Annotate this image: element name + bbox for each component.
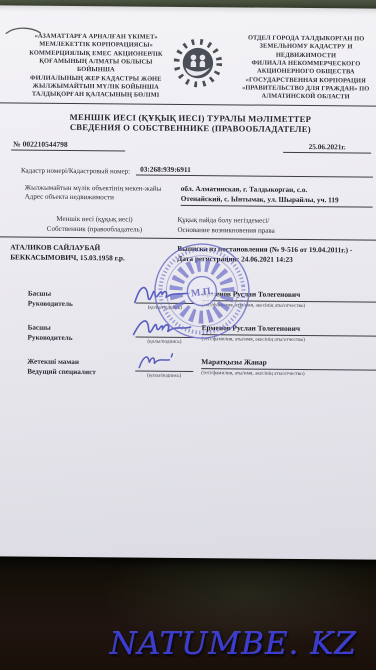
address-label: Жылжымайтын мүлік объектінің мекен-жайы … xyxy=(25,184,181,207)
role-label: Басшы Руководитель xyxy=(0,321,136,345)
cadastre-label: Кадастр номері/Кадастровый номер: xyxy=(21,167,130,176)
header-divider xyxy=(0,102,376,106)
document-date: 25.06.2021г. xyxy=(283,142,371,154)
cadastre-number: 03:268:939:6911 xyxy=(136,165,373,178)
letterhead: «АЗАМАТТАРҒА АРНАЛҒАН ҮКІМЕТ» МЕМЛЕКЕТТІ… xyxy=(0,5,376,102)
pen-mark xyxy=(4,23,44,37)
owner-columns-header: Меншік иесі (құқық иесі) Собственник (пр… xyxy=(0,215,376,241)
signature-field: (қолы/подпись) xyxy=(135,356,193,380)
letterhead-left-kazakh: «АЗАМАТТАРҒА АРНАЛҒАН ҮКІМЕТ» МЕМЛЕКЕТТІ… xyxy=(26,33,167,101)
owner-column-label: Меншік иесі (құқық иесі) Собственник (пр… xyxy=(0,215,175,235)
number-date-row: № 002210544798 25.06.2021г. xyxy=(0,139,376,153)
signature-line xyxy=(135,356,193,373)
role-label: Басшы Руководитель xyxy=(0,287,136,311)
signature-scribble-icon xyxy=(131,348,193,375)
signature-row-specialist: Жетекші маман Ведущий специалист (қолы/п… xyxy=(0,355,376,381)
name-caption: (тегі/фамилия, аты/имя, әкесінің аты/отч… xyxy=(201,370,376,378)
document-number: № 002210544798 xyxy=(11,140,125,152)
round-seal-icon: М.П. xyxy=(146,235,258,347)
basis-column-label: Құқық пайда болу негіздемесі/ Основание … xyxy=(174,216,376,236)
role-label: Жетекші маман Ведущий специалист xyxy=(0,355,135,379)
government-for-citizens-logo-icon xyxy=(169,36,227,91)
cadastre-row: Кадастр номері/Кадастровый номер: 03:268… xyxy=(0,163,373,177)
watermark-text: NATUMBE. KZ xyxy=(110,626,357,662)
document-paper: «АЗАМАТТАРҒА АРНАЛҒАН ҮКІМЕТ» МЕМЛЕКЕТТІ… xyxy=(0,5,376,559)
signee-field: Маратқызы Жанар (тегі/фамилия, аты/имя, … xyxy=(201,356,376,378)
document-photo: «АЗАМАТТАРҒА АРНАЛҒАН ҮКІМЕТ» МЕМЛЕКЕТТІ… xyxy=(0,0,376,670)
letterhead-right-russian: ОТДЕЛ ГОРОДА ТАЛДЫКОРГАН ПО ЗЕМЕЛЬНОМУ К… xyxy=(230,34,376,102)
address-row: Жылжымайтын мүлік объектінің мекен-жайы … xyxy=(0,183,373,207)
signee-name: Маратқызы Жанар xyxy=(201,357,376,371)
address-value: обл. Алматинская, г. Талдыкорган, с.о. О… xyxy=(181,185,373,208)
document-title: МЕНШІК ИЕСІ (ҚҰҚЫҚ ИЕСІ) ТУРАЛЫ МӘЛІМЕТТ… xyxy=(0,111,376,136)
